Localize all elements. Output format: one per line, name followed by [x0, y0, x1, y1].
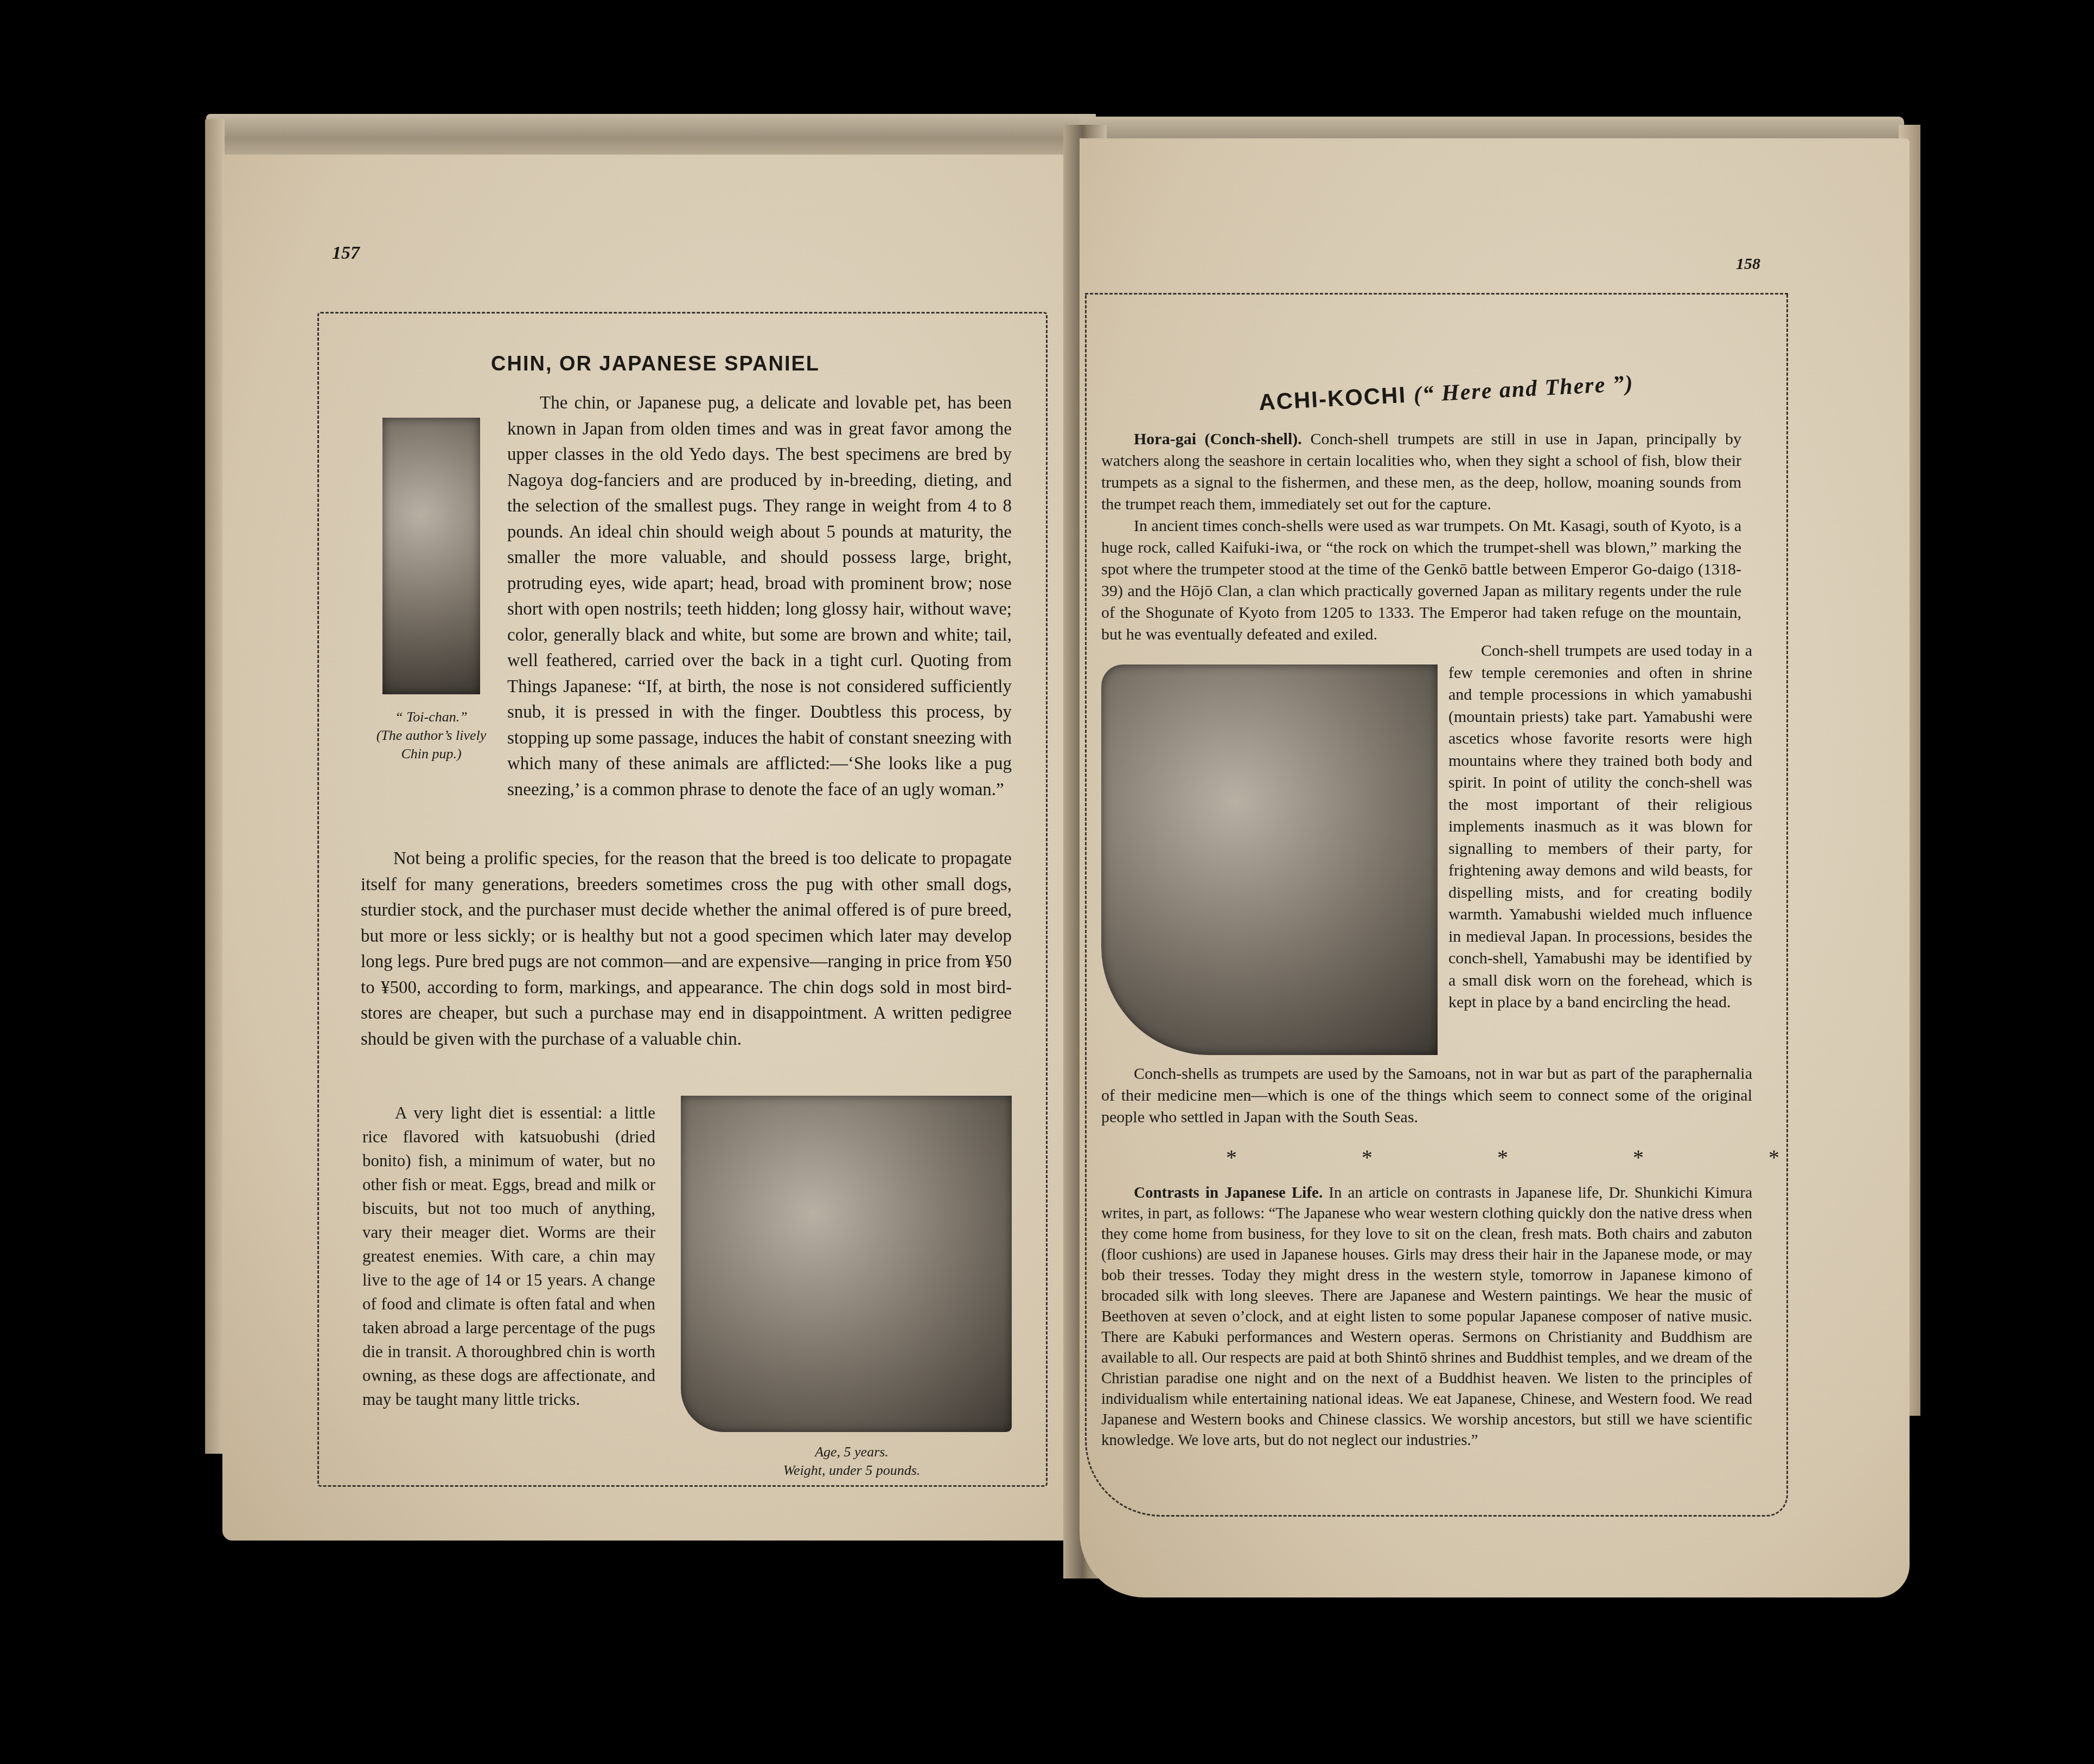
book-top-edge-left	[206, 114, 1096, 157]
chin-paragraph-2: Not being a prolific species, for the re…	[361, 846, 1012, 1052]
page-number-right: 158	[1736, 255, 1760, 273]
chin-paragraph-3: A very light diet is essential: a little…	[362, 1101, 655, 1411]
conch-paragraph-3: Conch-shell trumpets are used today in a…	[1448, 640, 1752, 1014]
chin-paragraph-1-upper: The chin, or Japanese pug, a delicate an…	[507, 391, 1012, 803]
conch-paragraph-3-block: Conch-shell trumpets are used today in a…	[1448, 640, 1752, 1014]
chin-paragraph-2-block: Not being a prolific species, for the re…	[361, 846, 1012, 1052]
section-heading-hora-gai: Hora-gai (Conch-shell).	[1134, 430, 1302, 448]
photo-chin-dog-with-bottle	[681, 1096, 1012, 1432]
caption-chin-dog: Age, 5 years. Weight, under 5 pounds.	[754, 1443, 949, 1480]
photo-yamabushi-blowing-conch	[1101, 664, 1438, 1055]
contrasts-paragraph: In an article on contrasts in Japanese l…	[1101, 1184, 1752, 1449]
conch-shell-intro: Hora-gai (Conch-shell). Conch-shell trum…	[1101, 429, 1741, 645]
page-number-left: 157	[332, 243, 360, 264]
chin-paragraph-3-block: A very light diet is essential: a little…	[362, 1101, 655, 1411]
article-title-chin: CHIN, OR JAPANESE SPANIEL	[491, 353, 820, 376]
photo-toi-chan	[382, 418, 480, 694]
conch-paragraph-4-block: Conch-shells as trumpets are used by the…	[1101, 1063, 1752, 1128]
caption-toi-chan: “ Toi-chan.” (The author’s lively Chin p…	[358, 708, 505, 763]
conch-paragraph-2: In ancient times conch-shells were used …	[1101, 515, 1741, 645]
chin-paragraph-1: The chin, or Japanese pug, a delicate an…	[507, 391, 1012, 803]
section-separator-stars: * * * * *	[1226, 1145, 1839, 1170]
book-fore-edge-left	[205, 119, 225, 1454]
conch-paragraph-4: Conch-shells as trumpets are used by the…	[1101, 1063, 1752, 1128]
section-heading-contrasts: Contrasts in Japanese Life.	[1134, 1184, 1323, 1201]
contrasts-section: Contrasts in Japanese Life. In an articl…	[1101, 1183, 1752, 1450]
